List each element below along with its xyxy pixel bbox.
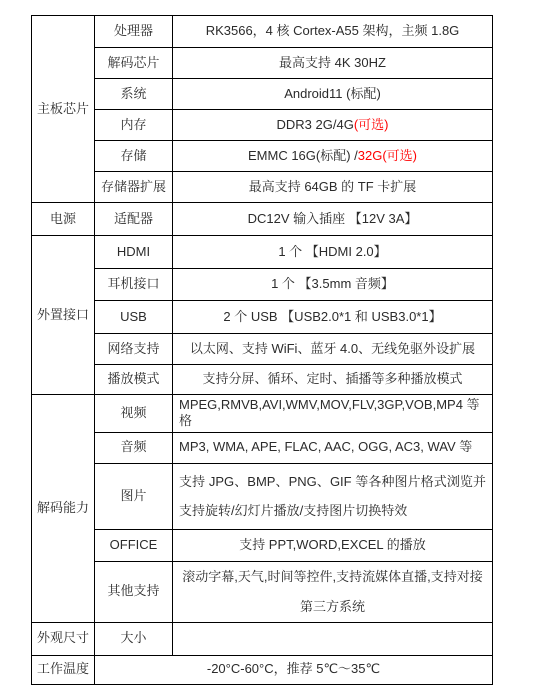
table-row: 播放模式 支持分屏、循环、定时、插播等多种播放模式 xyxy=(32,365,493,395)
table-row: 外观尺寸 大小 xyxy=(32,622,493,655)
spec-label-os: 系统 xyxy=(95,79,173,110)
spec-label-audio: 音频 xyxy=(95,432,173,463)
spec-value-hdmi: 1 个 【HDMI 2.0】 xyxy=(173,236,493,269)
spec-value-other-support: 滚动字幕,天气,时间等控件,支持流媒体直播,支持对接第三方系统 xyxy=(173,561,493,622)
table-row: 图片 支持 JPG、BMP、PNG、GIF 等各种图片格式浏览并支持旋转/幻灯片… xyxy=(32,463,493,529)
spec-value-size xyxy=(173,622,493,655)
category-cell-mainboard: 主板芯片 xyxy=(32,16,95,203)
spec-value-text: EMMC 16G(标配) / xyxy=(248,148,358,163)
spec-value-operating-temp: -20°C-60°C，推荐 5℃～35℃ xyxy=(95,655,493,684)
spec-value-audio: MP3, WMA, APE, FLAC, AAC, OGG, AC3, WAV … xyxy=(173,432,493,463)
table-row: 存储 EMMC 16G(标配) /32G(可选) xyxy=(32,141,493,172)
spec-value-text: DDR3 2G/4G xyxy=(277,117,354,132)
spec-label-video: 视频 xyxy=(95,395,173,433)
spec-value-decoder-chip: 最高支持 4K 30HZ xyxy=(173,48,493,79)
spec-label-adapter: 适配器 xyxy=(95,203,173,236)
spec-label-hdmi: HDMI xyxy=(95,236,173,269)
table-row: 耳机接口 1 个 【3.5mm 音频】 xyxy=(32,269,493,301)
spec-label-image: 图片 xyxy=(95,463,173,529)
spec-value-video: MPEG,RMVB,AVI,WMV,MOV,FLV,3GP,VOB,MP4 等格 xyxy=(173,395,493,433)
spec-value-highlight: (可选) xyxy=(354,117,389,132)
spec-label-ram: 内存 xyxy=(95,110,173,141)
table-row: 系统 Android11 (标配) xyxy=(32,79,493,110)
table-row: 电源 适配器 DC12V 输入插座 【12V 3A】 xyxy=(32,203,493,236)
spec-label-network: 网络支持 xyxy=(95,334,173,365)
spec-label-storage-expansion: 存储器扩展 xyxy=(95,172,173,203)
spec-label-usb: USB xyxy=(95,301,173,334)
table-row: 网络支持 以太网、支持 WiFi、蓝牙 4.0、无线免驱外设扩展 xyxy=(32,334,493,365)
table-row: 其他支持 滚动字幕,天气,时间等控件,支持流媒体直播,支持对接第三方系统 xyxy=(32,561,493,622)
category-cell-dimensions: 外观尺寸 xyxy=(32,622,95,655)
spec-label-headphone-jack: 耳机接口 xyxy=(95,269,173,301)
spec-value-storage: EMMC 16G(标配) /32G(可选) xyxy=(173,141,493,172)
table-row: USB 2 个 USB 【USB2.0*1 和 USB3.0*1】 xyxy=(32,301,493,334)
table-row: 主板芯片 处理器 RK3566，4 核 Cortex-A55 架构，主频 1.8… xyxy=(32,16,493,48)
spec-label-storage: 存储 xyxy=(95,141,173,172)
spec-label-play-mode: 播放模式 xyxy=(95,365,173,395)
table-row: 音频 MP3, WMA, APE, FLAC, AAC, OGG, AC3, W… xyxy=(32,432,493,463)
spec-table: 主板芯片 处理器 RK3566，4 核 Cortex-A55 架构，主频 1.8… xyxy=(31,15,493,685)
spec-label-size: 大小 xyxy=(95,622,173,655)
table-row: 内存 DDR3 2G/4G(可选) xyxy=(32,110,493,141)
category-cell-external-ports: 外置接口 xyxy=(32,236,95,395)
category-cell-decoding: 解码能力 xyxy=(32,395,95,623)
spec-label-other-support: 其他支持 xyxy=(95,561,173,622)
spec-value-os: Android11 (标配) xyxy=(173,79,493,110)
spec-value-network: 以太网、支持 WiFi、蓝牙 4.0、无线免驱外设扩展 xyxy=(173,334,493,365)
spec-value-highlight: 32G(可选) xyxy=(358,148,417,163)
category-cell-power: 电源 xyxy=(32,203,95,236)
spec-value-adapter: DC12V 输入插座 【12V 3A】 xyxy=(173,203,493,236)
table-row: 解码芯片 最高支持 4K 30HZ xyxy=(32,48,493,79)
category-cell-operating-temp: 工作温度 xyxy=(32,655,95,684)
table-row: 解码能力 视频 MPEG,RMVB,AVI,WMV,MOV,FLV,3GP,VO… xyxy=(32,395,493,433)
spec-label-decoder-chip: 解码芯片 xyxy=(95,48,173,79)
spec-value-storage-expansion: 最高支持 64GB 的 TF 卡扩展 xyxy=(173,172,493,203)
spec-value-cpu: RK3566，4 核 Cortex-A55 架构，主频 1.8G xyxy=(173,16,493,48)
table-row: 存储器扩展 最高支持 64GB 的 TF 卡扩展 xyxy=(32,172,493,203)
spec-value-office: 支持 PPT,WORD,EXCEL 的播放 xyxy=(173,529,493,561)
spec-value-ram: DDR3 2G/4G(可选) xyxy=(173,110,493,141)
table-row: 外置接口 HDMI 1 个 【HDMI 2.0】 xyxy=(32,236,493,269)
spec-value-play-mode: 支持分屏、循环、定时、插播等多种播放模式 xyxy=(173,365,493,395)
spec-value-image: 支持 JPG、BMP、PNG、GIF 等各种图片格式浏览并支持旋转/幻灯片播放/… xyxy=(173,463,493,529)
table-row: OFFICE 支持 PPT,WORD,EXCEL 的播放 xyxy=(32,529,493,561)
spec-value-usb: 2 个 USB 【USB2.0*1 和 USB3.0*1】 xyxy=(173,301,493,334)
spec-label-cpu: 处理器 xyxy=(95,16,173,48)
spec-value-headphone-jack: 1 个 【3.5mm 音频】 xyxy=(173,269,493,301)
table-row: 工作温度 -20°C-60°C，推荐 5℃～35℃ xyxy=(32,655,493,684)
spec-sheet: 主板芯片 处理器 RK3566，4 核 Cortex-A55 架构，主频 1.8… xyxy=(31,15,493,685)
spec-label-office: OFFICE xyxy=(95,529,173,561)
